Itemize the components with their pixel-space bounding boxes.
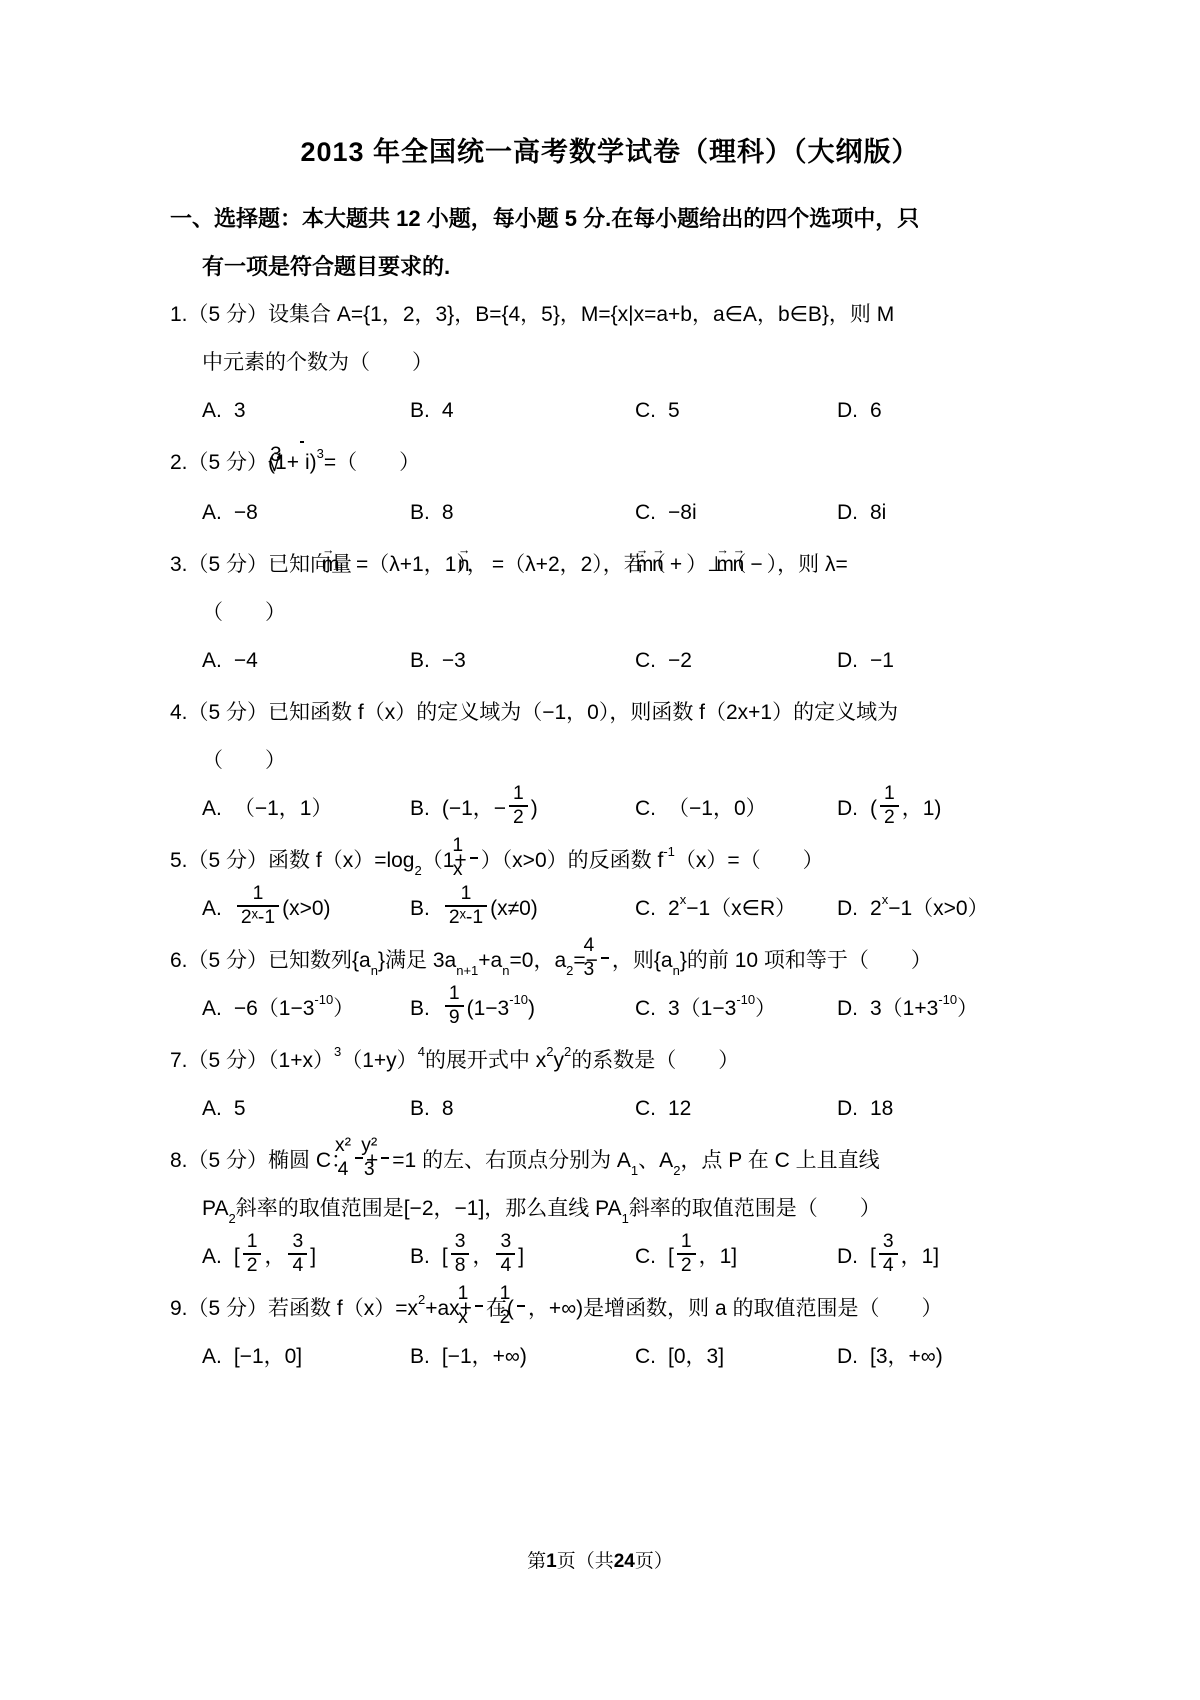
fraction: 12 xyxy=(880,783,899,829)
text-run: PA xyxy=(202,1197,228,1220)
text-run: 6 xyxy=(870,399,882,422)
fraction-numerator: 1 xyxy=(237,883,279,905)
fraction-denominator: 2 xyxy=(880,805,899,829)
option-5-C: C.2x−1（x∈R） xyxy=(635,885,837,933)
option-label: D. xyxy=(837,1245,858,1268)
text-run: −4 xyxy=(234,649,258,672)
text-run: =（ ） xyxy=(324,451,420,474)
fraction-denominator: 2ˣ-1 xyxy=(237,905,279,929)
option-label: C. xyxy=(635,997,656,1020)
option-3-A: A.−4 xyxy=(202,637,410,685)
option-7-D: D.18 xyxy=(837,1085,893,1133)
option-6-D: D.3（1+3-10） xyxy=(837,985,978,1033)
text-run: 3 xyxy=(234,399,246,422)
text-run: ， xyxy=(264,1245,285,1268)
text-run: + xyxy=(670,553,682,576)
text-run: ，1] xyxy=(901,1245,940,1268)
footer-middle: 页（共 xyxy=(557,1551,614,1572)
option-label: B. xyxy=(410,1345,430,1368)
option-label: C. xyxy=(635,649,656,672)
text-run: 6.（5 分）已知数列{a xyxy=(170,949,371,972)
option-label: A. xyxy=(202,501,222,524)
superscript: 3 xyxy=(317,446,324,461)
text-run: −8i xyxy=(668,501,697,524)
text-run: 1.（5 分）设集合 A={1，2，3}，B={4，5}，M={x|x=a+b，… xyxy=(170,303,894,326)
option-label: C. xyxy=(635,1245,656,1268)
text-run: ，+∞)是增函数，则 a 的取值范围是（ ） xyxy=(528,1297,943,1320)
subscript: n+1 xyxy=(456,963,478,978)
fraction-denominator: 2 xyxy=(677,1253,696,1277)
option-4-B: B.(−1，−12) xyxy=(410,785,635,833)
option-5-D: D.2x−1（x>0） xyxy=(837,885,989,933)
text-run: [ xyxy=(234,1245,240,1268)
text-run: （−1，0） xyxy=(668,797,767,820)
option-8-B: B.[38，34] xyxy=(410,1233,635,1281)
option-5-B: B.12ˣ-1(x≠0) xyxy=(410,885,635,933)
superscript: -10 xyxy=(509,992,528,1007)
option-label: B. xyxy=(410,1097,430,1120)
fraction-numerator: 3 xyxy=(451,1231,470,1253)
fraction-denominator: 8 xyxy=(451,1253,470,1277)
option-2-B: B.8 xyxy=(410,489,635,537)
fraction-denominator: 9 xyxy=(445,1005,464,1029)
superscript: -10 xyxy=(314,992,333,1007)
option-7-B: B.8 xyxy=(410,1085,635,1133)
text-run: ( xyxy=(870,797,877,820)
text-run: 5 xyxy=(234,1097,246,1120)
text-run: −2 xyxy=(668,649,692,672)
question-1: 1.（5 分）设集合 A={1，2，3}，B={4，5}，M={x|x=a+b，… xyxy=(170,291,1050,435)
questions: 1.（5 分）设集合 A={1，2，3}，B={4，5}，M={x|x=a+b，… xyxy=(170,291,1050,1381)
option-label: A. xyxy=(202,997,222,1020)
option-4-D: D.(12，1) xyxy=(837,785,941,833)
option-label: B. xyxy=(410,797,430,820)
question-2: 2.（5 分）(1+3i)3=（ ）A.−8B.8C.−8iD.8i xyxy=(170,439,1050,537)
option-label: A. xyxy=(202,897,222,920)
text-run: 斜率的取值范围是（ ） xyxy=(629,1197,881,1220)
fraction: 34 xyxy=(879,1231,898,1277)
text-run: [−1，+∞) xyxy=(442,1345,527,1368)
option-4-A: A.（−1，1） xyxy=(202,785,410,833)
fraction-numerator: 1 xyxy=(445,983,464,1005)
fraction: 12ˣ-1 xyxy=(445,883,487,929)
text-run: ），则 λ= xyxy=(767,553,848,576)
text-run: （ ） xyxy=(202,601,286,624)
option-label: D. xyxy=(837,1097,858,1120)
text-run: ）（x>0）的反函数 f xyxy=(481,849,664,872)
text-run: −1 xyxy=(870,649,894,672)
option-4-C: C.（−1，0） xyxy=(635,785,837,833)
text-run: 2 xyxy=(668,897,680,920)
fraction-numerator: 4 xyxy=(601,935,609,957)
superscript: 2 xyxy=(418,1292,425,1307)
text-run: ，点 P 在 C 上且直线 xyxy=(680,1149,879,1172)
option-5-A: A.12ˣ-1(x>0) xyxy=(202,885,410,933)
text-run: ） xyxy=(333,997,354,1020)
option-label: D. xyxy=(837,797,858,820)
text-run: −6（1−3 xyxy=(234,997,315,1020)
option-6-B: B.19(1−3-10) xyxy=(410,985,635,1033)
text-run: [ xyxy=(668,1245,674,1268)
text-run: 中元素的个数为（ ） xyxy=(202,351,433,374)
fraction-denominator: 2 xyxy=(243,1253,262,1277)
text-run: 12 xyxy=(668,1097,691,1120)
fraction: 34 xyxy=(496,1231,515,1277)
option-2-D: D.8i xyxy=(837,489,886,537)
text-run: i) xyxy=(305,451,317,474)
option-8-D: D.[34，1] xyxy=(837,1233,939,1281)
text-run: }的前 10 项和等于（ ） xyxy=(680,949,932,972)
question-3: 3.（5 分）已知向量m=（λ+1，1），n=（λ+2，2），若（m+n）⊥（m… xyxy=(170,541,1050,685)
fraction: 12 xyxy=(243,1231,262,1277)
option-label: B. xyxy=(410,399,430,422)
fraction: 12ˣ-1 xyxy=(237,883,279,929)
option-3-B: B.−3 xyxy=(410,637,635,685)
text-run: 的展开式中 x xyxy=(425,1049,546,1072)
question-8: 8.（5 分）椭圆 C：x²4+y²3=1 的左、右顶点分别为 A1、A2，点 … xyxy=(170,1137,1050,1281)
text-run: +a xyxy=(478,949,502,972)
text-run: ， xyxy=(472,1245,493,1268)
section-header-line2: 有一项是符合题目要求的. xyxy=(170,243,1050,291)
question-5-stem: 5.（5 分）函数 f（x）=log2（1+1x）（x>0）的反函数 f-1（x… xyxy=(170,837,1050,885)
text-run: −8 xyxy=(234,501,258,524)
question-2-stem: 2.（5 分）(1+3i)3=（ ） xyxy=(170,439,1050,489)
superscript: 3 xyxy=(334,1044,341,1059)
text-run: (x≠0) xyxy=(490,897,538,920)
text-run: (−1，− xyxy=(442,797,506,820)
option-label: B. xyxy=(410,501,430,524)
text-run: 8 xyxy=(442,1097,454,1120)
superscript: -10 xyxy=(736,992,755,1007)
superscript: 4 xyxy=(418,1044,425,1059)
option-label: D. xyxy=(837,501,858,524)
question-7: 7.（5 分）（1+x）3（1+y）4的展开式中 x2y2的系数是（ ）A.5B… xyxy=(170,1037,1050,1133)
text-run: （ ） xyxy=(202,749,286,772)
text-run: [0，3] xyxy=(668,1345,724,1368)
text-run: 3（1+3 xyxy=(870,997,938,1020)
text-run: 9.（5 分）若函数 f（x）=x xyxy=(170,1297,418,1320)
text-run: 2 xyxy=(870,897,882,920)
option-label: C. xyxy=(635,1097,656,1120)
fraction-numerator: 1 xyxy=(475,1283,483,1305)
option-6-C: C.3（1−3-10） xyxy=(635,985,837,1033)
section-header-line1: 一、选择题：本大题共 12 小题，每小题 5 分.在每小题给出的四个选项中，只 xyxy=(170,195,1050,243)
question-9-stem: 9.（5 分）若函数 f（x）=x2+ax+1x在(12，+∞)是增函数，则 a… xyxy=(170,1285,1050,1333)
superscript: x xyxy=(680,892,687,907)
text-run: （−1，1） xyxy=(234,797,333,820)
text-run: [−1，0] xyxy=(234,1345,302,1368)
superscript: -10 xyxy=(938,992,957,1007)
fraction: 12 xyxy=(677,1231,696,1277)
fraction: y²3 xyxy=(381,1135,389,1181)
option-9-C: C.[0，3] xyxy=(635,1333,837,1381)
question-4: 4.（5 分）已知函数 f（x）的定义域为（−1，0），则函数 f（2x+1）的… xyxy=(170,689,1050,833)
radical: 3 xyxy=(300,439,304,489)
subscript: 2 xyxy=(566,963,573,978)
option-6-A: A.−6（1−3-10） xyxy=(202,985,410,1033)
option-2-C: C.−8i xyxy=(635,489,837,537)
fraction-numerator: 1 xyxy=(677,1231,696,1253)
fraction-numerator: 1 xyxy=(517,1283,525,1305)
text-run: 8 xyxy=(442,501,454,524)
fraction-denominator: 2ˣ-1 xyxy=(445,905,487,929)
fraction-denominator: 2 xyxy=(517,1305,525,1329)
question-8-options: A.[12，34]B.[38，34]C.[12，1]D.[34，1] xyxy=(202,1233,1050,1281)
text-run: ] xyxy=(310,1245,316,1268)
option-label: D. xyxy=(837,897,858,920)
option-label: C. xyxy=(635,897,656,920)
page-footer: 第1页（共24页） xyxy=(0,1546,1200,1573)
footer-suffix: 页） xyxy=(635,1551,673,1572)
option-label: A. xyxy=(202,797,222,820)
option-label: A. xyxy=(202,649,222,672)
question-2-options: A.−8B.8C.−8iD.8i xyxy=(202,489,1050,537)
text-run: (x>0) xyxy=(282,897,330,920)
superscript: 2 xyxy=(564,1044,571,1059)
text-run: ，则{a xyxy=(612,949,673,972)
question-4-options: A.（−1，1）B.(−1，−12)C.（−1，0）D.(12，1) xyxy=(202,785,1050,833)
text-run: （x）=（ ） xyxy=(675,849,824,872)
question-7-stem: 7.（5 分）（1+x）3（1+y）4的展开式中 x2y2的系数是（ ） xyxy=(170,1037,1050,1085)
fraction-numerator: 1 xyxy=(509,783,528,805)
option-label: B. xyxy=(410,649,430,672)
text-run: − xyxy=(750,553,762,576)
text-run: (1−3 xyxy=(467,997,510,1020)
text-run: 5.（5 分）函数 f（x）=log xyxy=(170,849,414,872)
question-6: 6.（5 分）已知数列{an}满足 3an+1+an=0，a2=−43，则{an… xyxy=(170,937,1050,1033)
text-run: −1（x>0） xyxy=(888,897,988,920)
option-label: D. xyxy=(837,649,858,672)
option-3-C: C.−2 xyxy=(635,637,837,685)
question-8-stem: 8.（5 分）椭圆 C：x²4+y²3=1 的左、右顶点分别为 A1、A2，点 … xyxy=(170,1137,1050,1233)
option-label: A. xyxy=(202,1097,222,1120)
text-run: [ xyxy=(442,1245,448,1268)
text-run: （1+y） xyxy=(341,1049,417,1072)
option-label: A. xyxy=(202,1345,222,1368)
option-7-C: C.12 xyxy=(635,1085,837,1133)
subscript: 1 xyxy=(631,1163,638,1178)
subscript: 1 xyxy=(622,1211,629,1226)
exam-title: 2013 年全国统一高考数学试卷（理科）（大纲版） xyxy=(170,130,1050,169)
superscript: -1 xyxy=(663,844,675,859)
superscript: 2 xyxy=(546,1044,553,1059)
option-label: D. xyxy=(837,1345,858,1368)
fraction: 12 xyxy=(517,1283,525,1329)
option-label: A. xyxy=(202,399,222,422)
subscript: 2 xyxy=(228,1211,235,1226)
text-run: ） xyxy=(755,997,776,1020)
fraction-denominator: 4 xyxy=(879,1253,898,1277)
question-5: 5.（5 分）函数 f（x）=log2（1+1x）（x>0）的反函数 f-1（x… xyxy=(170,837,1050,933)
radicand: 3 xyxy=(300,441,304,466)
footer-page-number: 1 xyxy=(546,1551,557,1572)
text-run: 4.（5 分）已知函数 f（x）的定义域为（−1，0），则函数 f（2x+1）的… xyxy=(170,701,898,724)
subscript: 2 xyxy=(414,863,421,878)
subscript: n xyxy=(673,963,680,978)
fraction-denominator: 3 xyxy=(381,1157,389,1181)
question-3-options: A.−4B.−3C.−2D.−1 xyxy=(202,637,1050,685)
text-run: 4 xyxy=(442,399,454,422)
text-run: [ xyxy=(870,1245,876,1268)
text-run: 8i xyxy=(870,501,886,524)
subscript: 2 xyxy=(673,1163,680,1178)
option-label: C. xyxy=(635,501,656,524)
question-6-stem: 6.（5 分）已知数列{an}满足 3an+1+an=0，a2=−43，则{an… xyxy=(170,937,1050,985)
fraction-denominator: 3 xyxy=(601,957,609,981)
fraction-denominator: x xyxy=(470,857,478,881)
text-run: }满足 3a xyxy=(378,949,456,972)
question-9-options: A.[−1，0]B.[−1，+∞)C.[0，3]D.[3，+∞) xyxy=(202,1333,1050,1381)
option-label: C. xyxy=(635,797,656,820)
option-1-D: D.6 xyxy=(837,387,882,435)
text-run: 7.（5 分）（1+x） xyxy=(170,1049,334,1072)
option-label: D. xyxy=(837,399,858,422)
question-7-options: A.5B.8C.12D.18 xyxy=(202,1085,1050,1133)
question-6-options: A.−6（1−3-10）B.19(1−3-10)C.3（1−3-10）D.3（1… xyxy=(202,985,1050,1033)
text-run: ） xyxy=(957,997,978,1020)
subscript: n xyxy=(371,963,378,978)
fraction-numerator: y² xyxy=(381,1135,389,1157)
question-3-stem: 3.（5 分）已知向量m=（λ+1，1），n=（λ+2，2），若（m+n）⊥（m… xyxy=(170,541,1050,637)
text-run: 5 xyxy=(668,399,680,422)
subscript: n xyxy=(502,963,509,978)
fraction: 38 xyxy=(451,1231,470,1277)
fraction: 19 xyxy=(445,983,464,1029)
text-run: 、A xyxy=(638,1149,673,1172)
fraction-denominator: 4 xyxy=(355,1157,363,1181)
question-1-stem: 1.（5 分）设集合 A={1，2，3}，B={4，5}，M={x|x=a+b，… xyxy=(170,291,1050,387)
option-label: D. xyxy=(837,997,858,1020)
fraction-numerator: 3 xyxy=(879,1231,898,1253)
fraction: 1x xyxy=(470,835,478,881)
question-1-options: A.3B.4C.5D.6 xyxy=(202,387,1050,435)
option-label: C. xyxy=(635,399,656,422)
option-1-B: B.4 xyxy=(410,387,635,435)
fraction-numerator: 1 xyxy=(470,835,478,857)
text-run: y xyxy=(554,1049,565,1072)
fraction-denominator: 4 xyxy=(496,1253,515,1277)
text-run: 的系数是（ ） xyxy=(571,1049,739,1072)
text-run: 斜率的取值范围是[−2，−1]，那么直线 PA xyxy=(236,1197,622,1220)
text-run: ) xyxy=(528,997,535,1020)
option-1-C: C.5 xyxy=(635,387,837,435)
option-label: C. xyxy=(635,1345,656,1368)
fraction-numerator: 3 xyxy=(496,1231,515,1253)
footer-prefix: 第 xyxy=(527,1551,546,1572)
option-label: A. xyxy=(202,1245,222,1268)
text-run: −3 xyxy=(442,649,466,672)
question-9: 9.（5 分）若函数 f（x）=x2+ax+1x在(12，+∞)是增函数，则 a… xyxy=(170,1285,1050,1381)
superscript: x xyxy=(882,892,889,907)
text-run: 3（1−3 xyxy=(668,997,736,1020)
fraction-denominator: x xyxy=(475,1305,483,1329)
text-run: 8.（5 分）椭圆 C： xyxy=(170,1149,352,1172)
option-8-C: C.[12，1] xyxy=(635,1233,837,1281)
footer-total-pages: 24 xyxy=(614,1551,635,1572)
text-run: ] xyxy=(518,1245,524,1268)
text-run: 18 xyxy=(870,1097,893,1120)
text-run: ，1) xyxy=(902,797,942,820)
text-run: =0，a xyxy=(510,949,567,972)
option-label: B. xyxy=(410,997,430,1020)
fraction: 12 xyxy=(509,783,528,829)
text-run: ) xyxy=(531,797,538,820)
text-run: =1 的左、右顶点分别为 A xyxy=(392,1149,631,1172)
option-2-A: A.−8 xyxy=(202,489,410,537)
fraction-denominator: 2 xyxy=(509,805,528,829)
option-3-D: D.−1 xyxy=(837,637,894,685)
fraction-numerator: 1 xyxy=(880,783,899,805)
fraction: 43 xyxy=(601,935,609,981)
question-5-options: A.12ˣ-1(x>0)B.12ˣ-1(x≠0)C.2x−1（x∈R）D.2x−… xyxy=(202,885,1050,933)
option-8-A: A.[12，34] xyxy=(202,1233,410,1281)
option-9-B: B.[−1，+∞) xyxy=(410,1333,635,1381)
fraction-numerator: 3 xyxy=(288,1231,307,1253)
fraction-numerator: 1 xyxy=(243,1231,262,1253)
option-9-A: A.[−1，0] xyxy=(202,1333,410,1381)
exam-page: 2013 年全国统一高考数学试卷（理科）（大纲版） 一、选择题：本大题共 12 … xyxy=(0,0,1200,1381)
fraction: 34 xyxy=(288,1231,307,1277)
text-run: 2.（5 分） xyxy=(170,451,268,474)
section-header: 一、选择题：本大题共 12 小题，每小题 5 分.在每小题给出的四个选项中，只 … xyxy=(170,195,1050,291)
fraction: 1x xyxy=(475,1283,483,1329)
option-label: B. xyxy=(410,897,430,920)
question-4-stem: 4.（5 分）已知函数 f（x）的定义域为（−1，0），则函数 f（2x+1）的… xyxy=(170,689,1050,785)
text-run: ，1] xyxy=(699,1245,738,1268)
option-label: B. xyxy=(410,1245,430,1268)
fraction-denominator: 4 xyxy=(288,1253,307,1277)
option-7-A: A.5 xyxy=(202,1085,410,1133)
option-9-D: D.[3，+∞) xyxy=(837,1333,943,1381)
text-run: [3，+∞) xyxy=(870,1345,943,1368)
fraction-numerator: 1 xyxy=(445,883,487,905)
text-run: −1（x∈R） xyxy=(686,897,796,920)
option-1-A: A.3 xyxy=(202,387,410,435)
